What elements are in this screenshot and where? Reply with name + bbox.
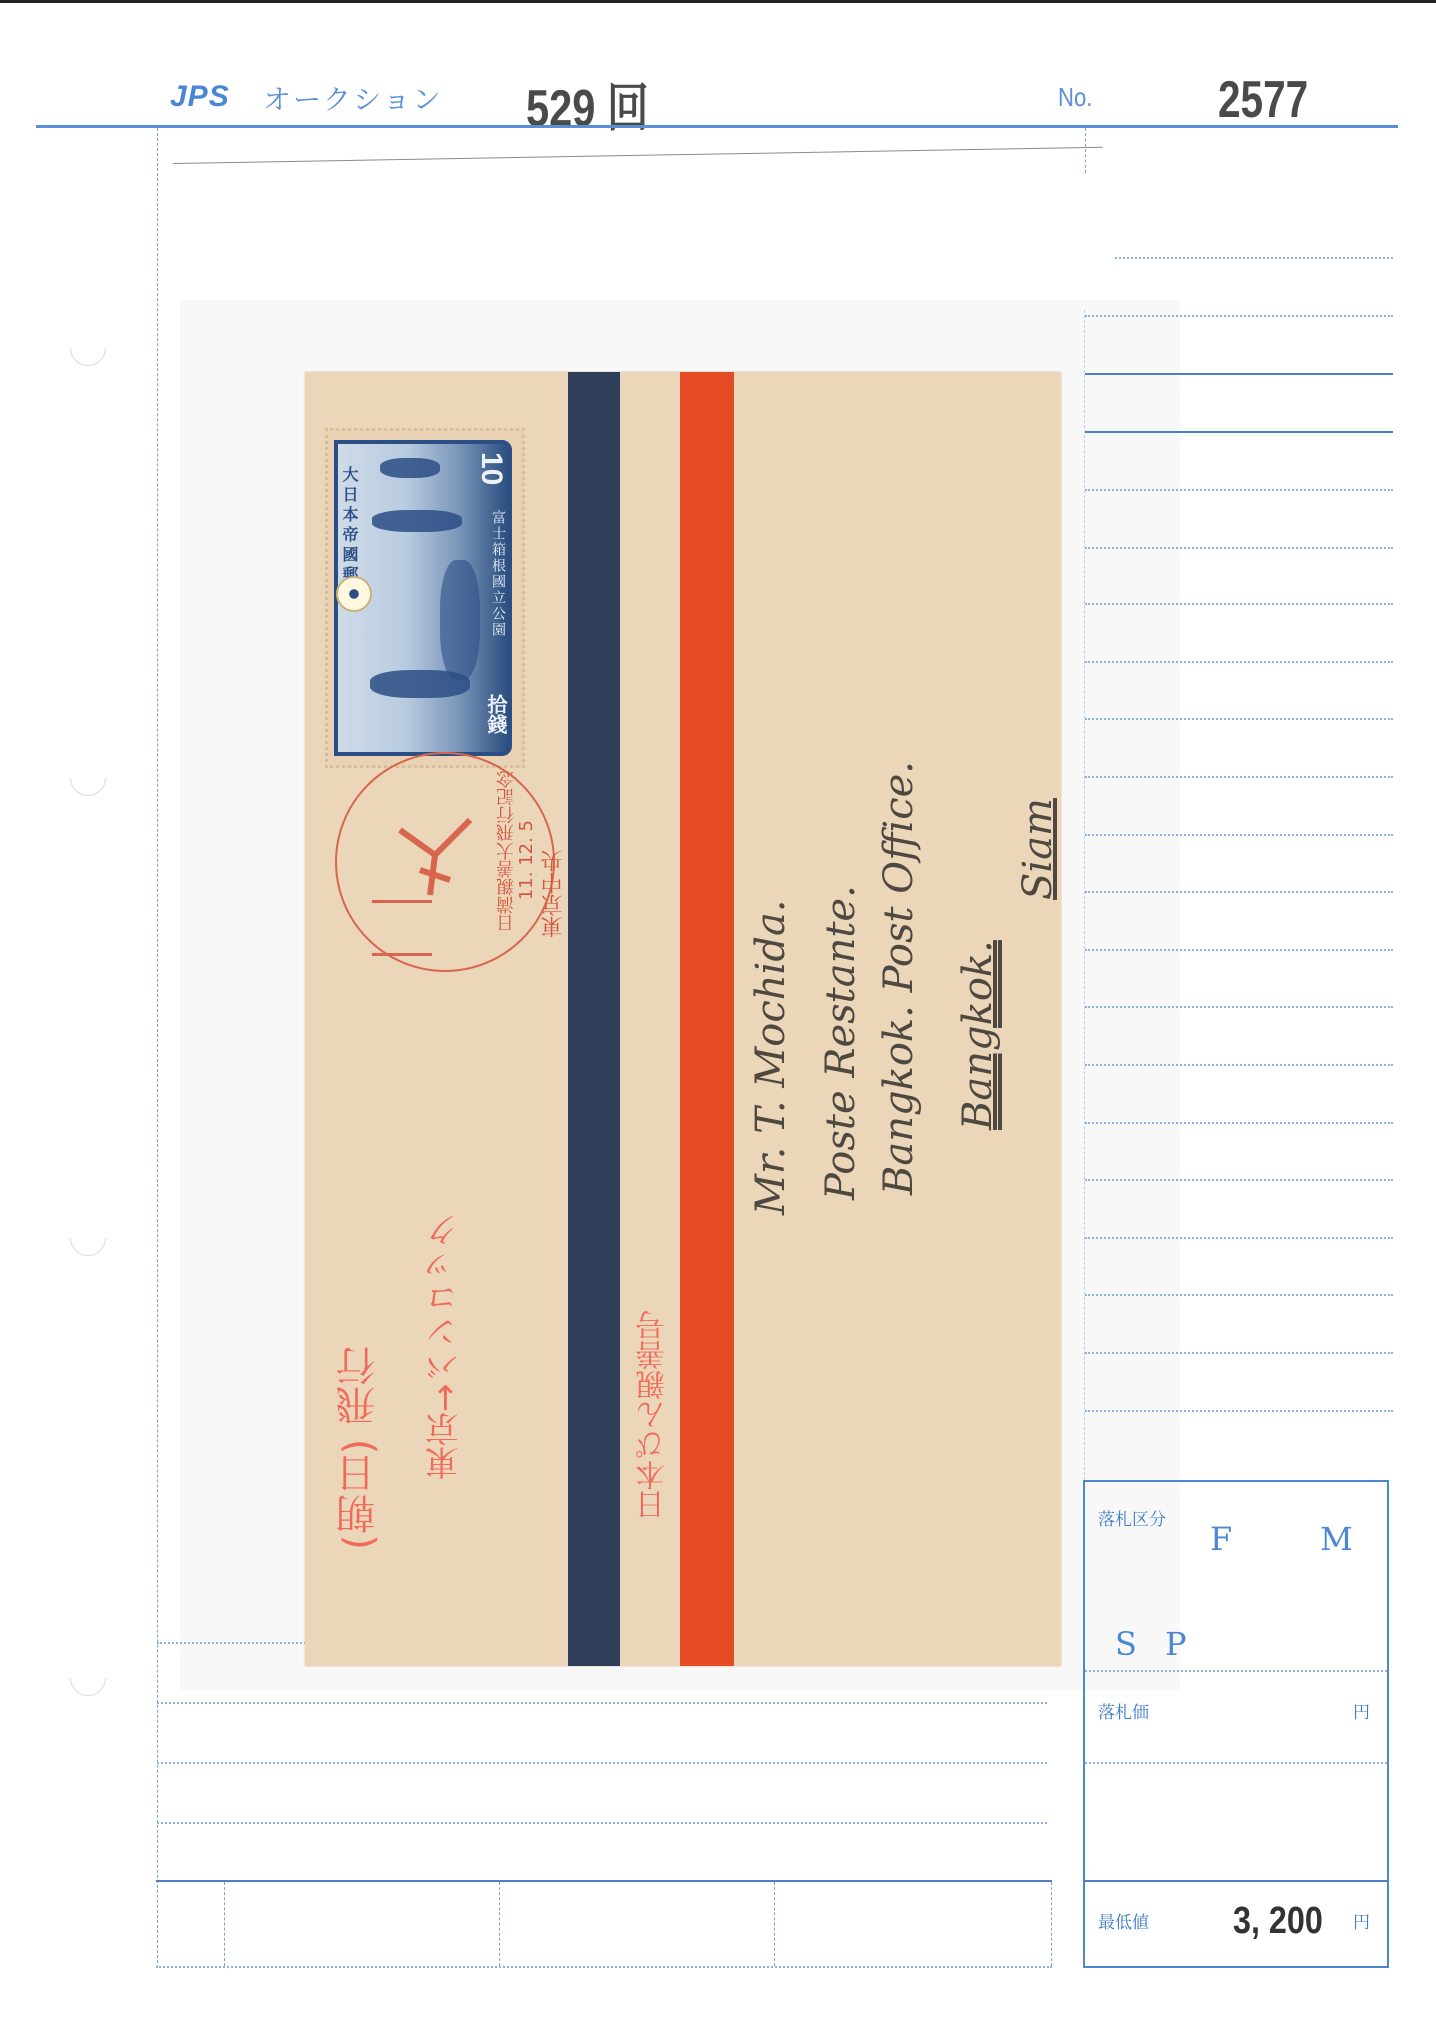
ruled-line [1085, 1179, 1393, 1181]
ruled-line [157, 1762, 1047, 1764]
tree-icon [372, 510, 462, 532]
category-p[interactable]: P [1165, 1625, 1187, 1663]
box-divider [1085, 1762, 1387, 1764]
ruled-line [1085, 603, 1393, 605]
ruled-line [1085, 1294, 1393, 1296]
address-line3: Bangkok. Post Office. [876, 761, 922, 1195]
ruled-line [1085, 661, 1393, 663]
header-rule [36, 125, 1398, 128]
ruled-line [157, 1702, 1047, 1704]
ruled-line [1085, 373, 1393, 375]
box-divider [1085, 1880, 1387, 1882]
stamp-denomination: 拾錢 [482, 694, 511, 734]
ruled-line [1085, 1006, 1393, 1008]
airmail-stripe-blue [568, 372, 620, 1666]
category-f[interactable]: F [1210, 1520, 1232, 1558]
ruled-line [1085, 1122, 1393, 1124]
ruled-line [1085, 547, 1393, 549]
min-price-unit: 円 [1353, 1908, 1370, 1933]
flag-icon [372, 900, 432, 956]
ruled-line [1085, 1352, 1393, 1354]
address-line5: Siam [1015, 798, 1061, 900]
auction-label: オークション [263, 78, 442, 118]
session-number: 529 回 [526, 66, 649, 141]
ruled-line [1115, 257, 1393, 259]
ruled-line [1085, 949, 1393, 951]
slanted-rule [173, 147, 1103, 164]
hole-punch-icon [63, 323, 114, 374]
ruled-line [1085, 834, 1393, 836]
mountain-shade [440, 560, 480, 680]
hammer-price-label: 落札価 [1098, 1698, 1149, 1723]
ruled-line [1085, 1410, 1393, 1412]
ruled-line [1085, 431, 1393, 433]
grid-top [156, 1880, 1052, 1882]
category-label: 落札区分 [1098, 1505, 1166, 1530]
box-divider [1085, 1670, 1387, 1672]
grid-bottom [156, 1966, 1052, 1968]
ruled-line [1085, 489, 1393, 491]
stamp-value: 10 [474, 452, 508, 485]
brand-logo: JPS [170, 80, 230, 114]
lot-number: 2577 [1218, 70, 1308, 130]
ruled-line [1085, 315, 1393, 317]
hammer-price-unit: 円 [1353, 1698, 1370, 1723]
airmail-stripe-red [680, 372, 734, 1666]
left-border [157, 128, 158, 1968]
ruled-line [1085, 891, 1393, 893]
grid-col [1051, 1882, 1052, 1966]
handwritten-red-line3: 日本ぴん親善号 [632, 1160, 676, 1520]
hole-punch-icon [63, 1213, 114, 1264]
address-line2: Poste Restante. [818, 885, 864, 1200]
handwritten-red-line1: (朝日) 飛行 [330, 1090, 387, 1550]
grid-col [224, 1882, 225, 1966]
address-line1: Mr. T. Mochida. [748, 899, 794, 1215]
hole-punch-icon [63, 753, 114, 804]
column-divider [1085, 128, 1086, 173]
handwritten-red-line2: 東京→バンコック [420, 1080, 469, 1480]
chrysanthemum-icon [336, 576, 372, 612]
ruled-line [1085, 776, 1393, 778]
tree-icon [380, 458, 440, 478]
lot-label: No. [1058, 82, 1092, 113]
ruled-line [1085, 1064, 1393, 1066]
stamp-title: 富士箱根國立公園 [488, 510, 508, 638]
min-price-value: 3, 200 [1233, 1900, 1323, 1943]
grid-col [499, 1882, 500, 1966]
postmark-office: 東京中央 [538, 850, 569, 938]
ruled-line [1085, 718, 1393, 720]
postmark-date: 11. 12. 5 [516, 820, 537, 900]
ruled-line [157, 1822, 1047, 1824]
category-s[interactable]: S [1115, 1625, 1137, 1663]
hole-punch-icon [63, 1653, 114, 1704]
airplane-icon [390, 810, 480, 900]
scan-edge [0, 0, 1436, 3]
min-price-label: 最低値 [1098, 1908, 1149, 1933]
ruled-line [157, 1642, 317, 1644]
ruled-line [1085, 1237, 1393, 1239]
address-line4: Bangkok. [955, 940, 1001, 1130]
category-m[interactable]: M [1320, 1520, 1353, 1558]
grid-col [774, 1882, 775, 1966]
